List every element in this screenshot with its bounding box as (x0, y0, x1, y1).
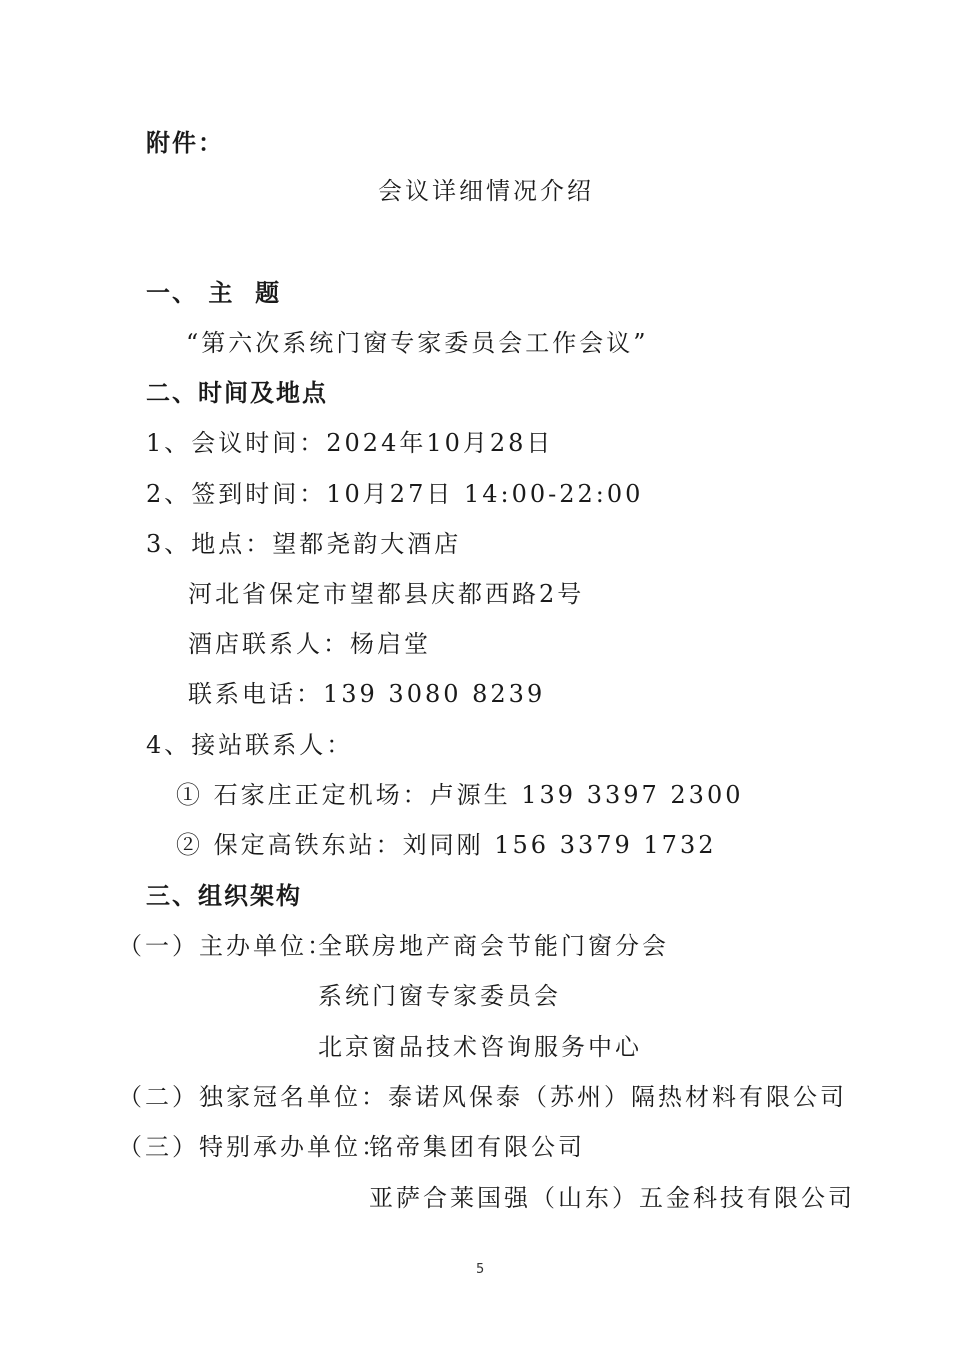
document-title: 会议详细情况介绍 (378, 176, 594, 206)
co-organizer-1: 铭帝集团有限公司 (369, 1132, 585, 1162)
pickup-airport: ① 石家庄正定机场：卢源生 139 3397 2300 (176, 780, 743, 810)
venue: 3、地点：望都尧韵大酒店 (146, 529, 461, 559)
section-2-heading: 二、时间及地点 (146, 378, 328, 408)
meeting-date: 1、会议时间：2024年10月28日 (146, 428, 553, 458)
hotel-phone: 联系电话：139 3080 8239 (188, 679, 545, 709)
host-3: 北京窗品技术咨询服务中心 (318, 1032, 642, 1062)
hotel-contact: 酒店联系人：杨启堂 (188, 629, 431, 659)
attachment-label: 附件： (146, 128, 224, 158)
title-sponsor: （二）独家冠名单位：泰诺风保泰（苏州）隔热材料有限公司 (118, 1082, 847, 1112)
section-3-heading: 三、组织架构 (146, 881, 302, 911)
co-organizer-2: 亚萨合莱国强（山东）五金科技有限公司 (369, 1183, 855, 1213)
host-label: （一）主办单位： (118, 931, 334, 961)
pickup-heading: 4、接站联系人： (146, 730, 353, 760)
section-1-heading: 一、 主 题 (146, 278, 281, 308)
host-2: 系统门窗专家委员会 (318, 981, 561, 1011)
page-number: 5 (476, 1262, 484, 1277)
venue-address: 河北省保定市望都县庆都西路2号 (188, 579, 584, 609)
host-1: 全联房地产商会节能门窗分会 (318, 931, 669, 961)
meeting-theme: “第六次系统门窗专家委员会工作会议” (186, 328, 649, 358)
checkin-time: 2、签到时间：10月27日 14:00-22:00 (146, 479, 643, 509)
pickup-station: ② 保定高铁东站：刘同刚 156 3379 1732 (176, 830, 716, 860)
co-organizer-label: （三）特别承办单位： (118, 1132, 388, 1162)
